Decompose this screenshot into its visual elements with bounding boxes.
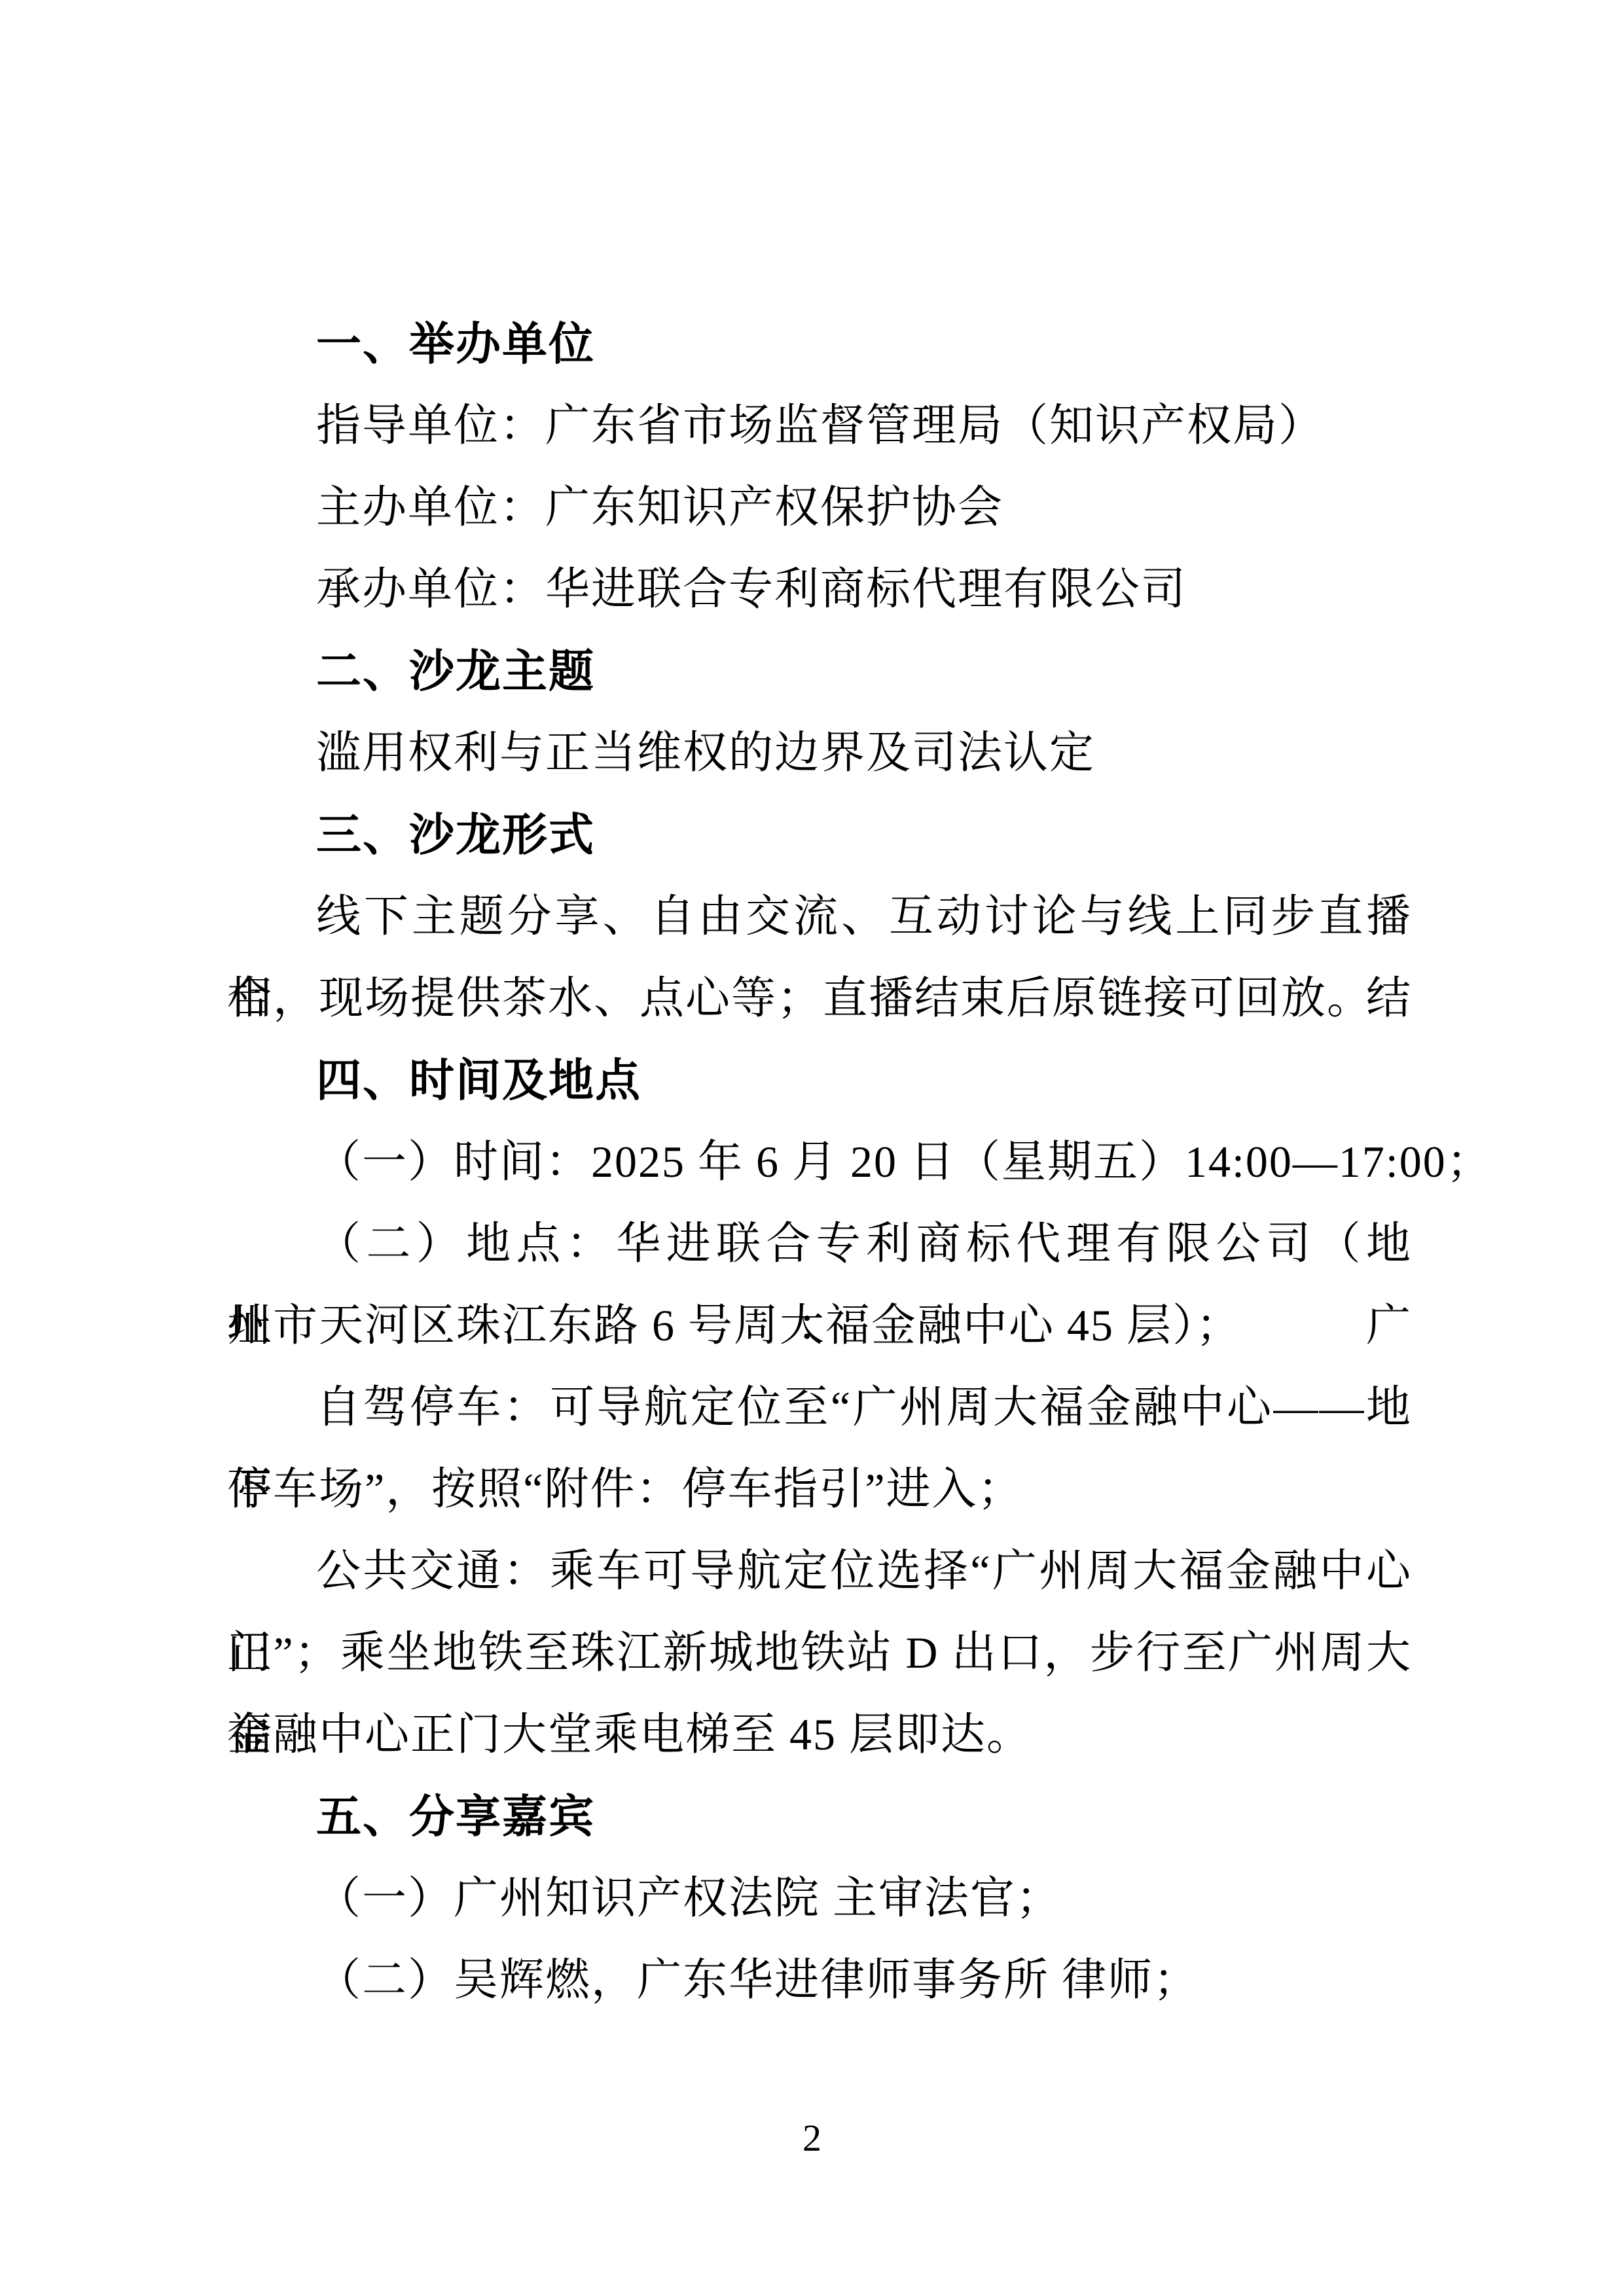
text-line: 合，现场提供茶水、点心等；直播结束后原链接可回放。 (227, 958, 1412, 1039)
text-line: 停车场”，按照“附件：停车指引”进入； (227, 1448, 1412, 1530)
text-line: 承办单位：华进联合专利商标代理有限公司 (227, 548, 1412, 630)
section-salon-topic: 二、沙龙主题 滥用权利与正当维权的边界及司法认定 (227, 630, 1412, 794)
text-line: 门”；乘坐地铁至珠江新城地铁站 D 出口，步行至广州周大福 (227, 1612, 1412, 1694)
section-heading: 一、举办单位 (227, 303, 1412, 385)
text-line: 金融中心正门大堂乘电梯至 45 层即达。 (227, 1694, 1412, 1776)
document-content: 一、举办单位 指导单位：广东省市场监督管理局（知识产权局） 主办单位：广东知识产… (227, 303, 1412, 2021)
text-line: （一）广州知识产权法院 主审法官； (227, 1857, 1412, 1939)
section-guests: 五、分享嘉宾 （一）广州知识产权法院 主审法官； （二）吴辉燃，广东华进律师事务… (227, 1776, 1412, 2021)
section-salon-format: 三、沙龙形式 线下主题分享、自由交流、互动讨论与线上同步直播相结 合，现场提供茶… (227, 794, 1412, 1039)
section-heading: 三、沙龙形式 (227, 794, 1412, 876)
text-line: （一）时间：2025 年 6 月 20 日（星期五）14:00—17:00； (227, 1121, 1412, 1203)
section-heading: 四、时间及地点 (227, 1039, 1412, 1121)
section-organizers: 一、举办单位 指导单位：广东省市场监督管理局（知识产权局） 主办单位：广东知识产… (227, 303, 1412, 630)
text-line: （二）吴辉燃，广东华进律师事务所 律师； (227, 1939, 1412, 2021)
text-line: 公共交通：乘车可导航定位选择“广州周大福金融中心正 (227, 1530, 1412, 1612)
text-line: 滥用权利与正当维权的边界及司法认定 (227, 712, 1412, 794)
text-line: 州市天河区珠江东路 6 号周大福金融中心 45 层）； (227, 1285, 1412, 1367)
text-line: 指导单位：广东省市场监督管理局（知识产权局） (227, 385, 1412, 467)
document-page: 一、举办单位 指导单位：广东省市场监督管理局（知识产权局） 主办单位：广东知识产… (0, 0, 1624, 2296)
page-number: 2 (0, 2115, 1624, 2161)
text-line: 自驾停车：可导航定位至“广州周大福金融中心——地下 (227, 1367, 1412, 1448)
section-heading: 五、分享嘉宾 (227, 1776, 1412, 1857)
section-heading: 二、沙龙主题 (227, 630, 1412, 712)
text-line: （二）地点：华进联合专利商标代理有限公司（地址：广 (227, 1203, 1412, 1285)
section-time-location: 四、时间及地点 （一）时间：2025 年 6 月 20 日（星期五）14:00—… (227, 1039, 1412, 1776)
text-line: 线下主题分享、自由交流、互动讨论与线上同步直播相结 (227, 876, 1412, 958)
text-line: 主办单位：广东知识产权保护协会 (227, 467, 1412, 548)
